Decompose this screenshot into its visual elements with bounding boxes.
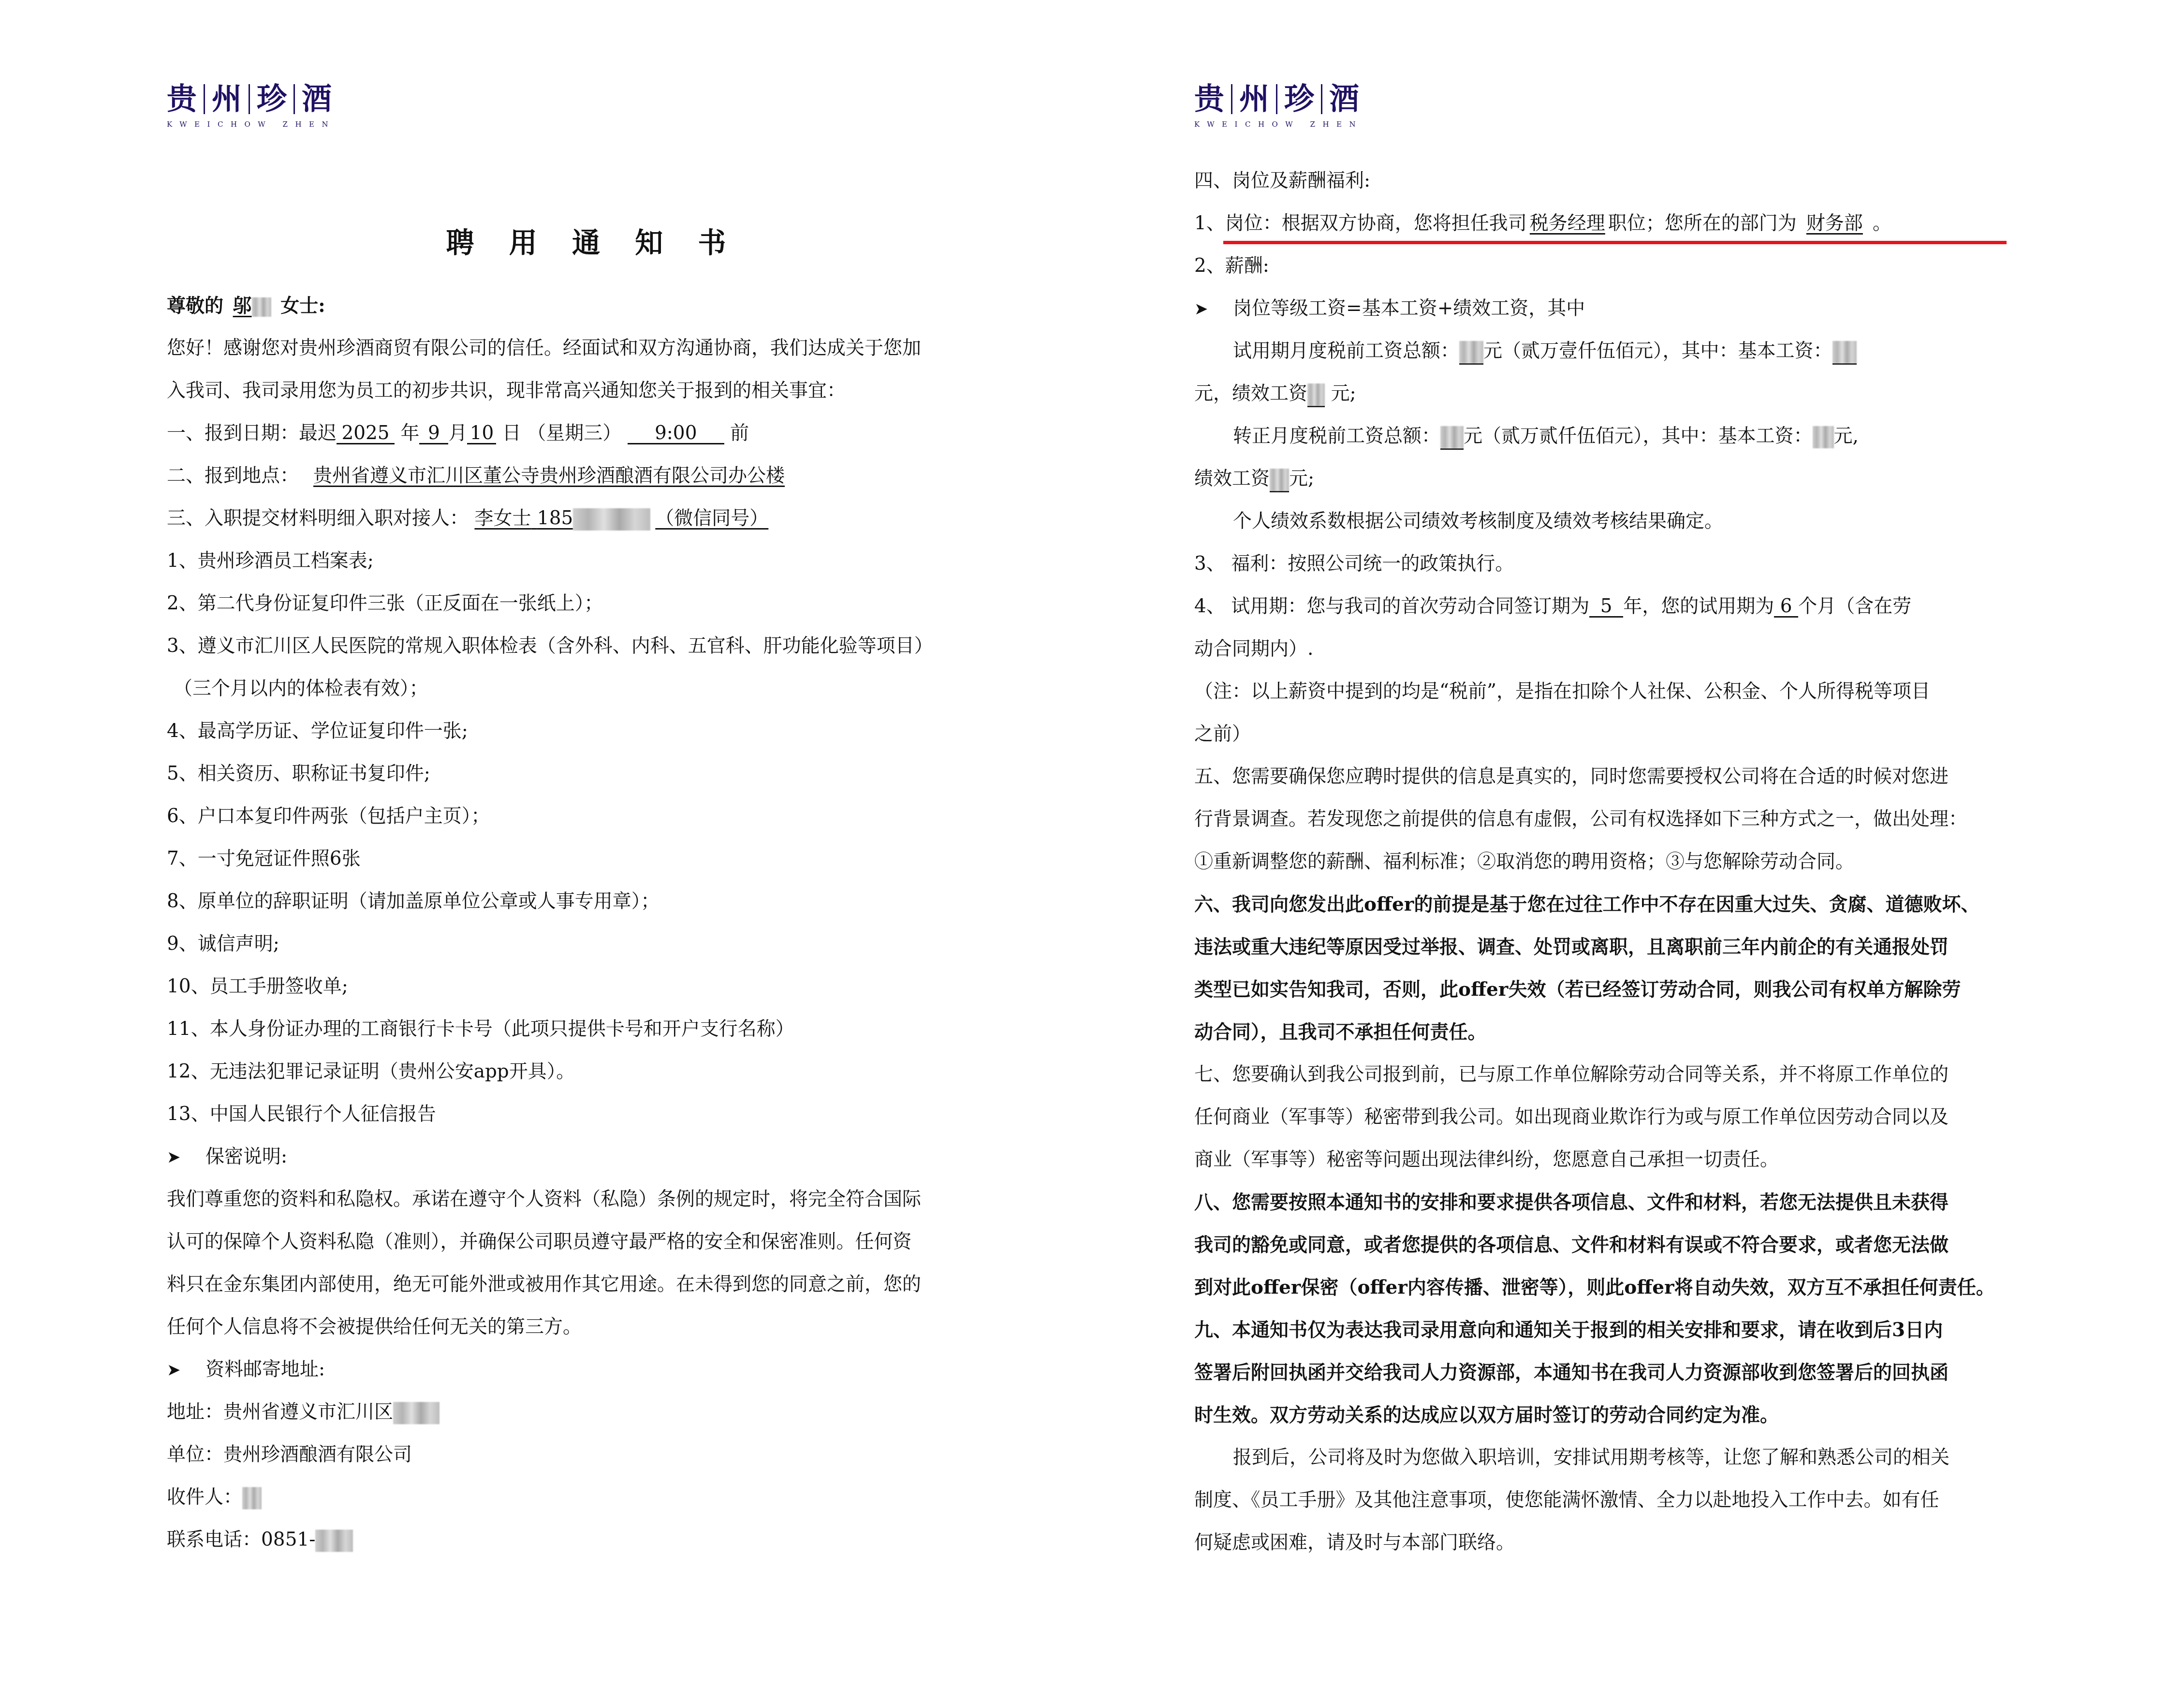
regular-salary-cont: 绩效工资元;	[1194, 457, 1995, 500]
section-8: 八、您需要按照本通知书的安排和要求提供各项信息、文件和材料，若您无法提供且未获得	[1194, 1181, 1995, 1224]
material-item: 8、原单位的辞职证明（请加盖原单位公章或人事专用章）；	[167, 880, 933, 923]
mail-address: 地址：贵州省遵义市汇川区	[167, 1391, 933, 1433]
section-5: ①重新调整您的薪酬、福利标准；②取消您的聘用资格；③与您解除劳动合同。	[1194, 841, 1995, 883]
report-month: 9	[419, 424, 448, 444]
section-6: 动合同），且我司不承担任何责任。	[1194, 1011, 1995, 1053]
closing-paragraph: 何疑虑或困难，请及时与本部门联络。	[1194, 1521, 1995, 1564]
probation-months: 6	[1774, 597, 1798, 618]
material-item: 7、一寸免冠证件照6张	[167, 838, 933, 880]
material-item: （三个月以内的体检表有效）；	[167, 667, 933, 710]
report-year: 2025	[337, 424, 395, 444]
letter-body: 四、岗位及薪酬福利: 1、岗位：根据双方协商，您将担任我司税务经理职位；您所在的…	[1194, 160, 1995, 1564]
company-logo: 贵 州 珍 酒 KWEICHOW ZHEN	[167, 82, 336, 129]
mail-recipient: 收件人：	[167, 1476, 933, 1519]
salary-heading: 2、薪酬:	[1194, 245, 1995, 287]
mail-unit: 单位：贵州珍酒酿酒有限公司	[167, 1433, 933, 1476]
regular-salary: 转正月度税前工资总额：元（贰万贰仟伍佰元），其中：基本工资：元,	[1194, 415, 1995, 457]
section-8: 到对此offer保密（offer内容传播、泄密等），则此offer将自动失效，双…	[1194, 1266, 1995, 1309]
privacy-text: 我们尊重您的资料和私隐权。承诺在遵守个人资料（私隐）条例的规定时，将完全符合国际	[167, 1178, 933, 1221]
section-6: 类型已如实告知我司，否则，此offer失效（若已经签订劳动合同，则我公司有权单方…	[1194, 968, 1995, 1011]
section-7: 七、您要确认到我公司报到前，已与原工作单位解除劳动合同等关系，并不将原工作单位的	[1194, 1053, 1995, 1096]
document-title: 聘 用 通 知 书	[167, 220, 1018, 261]
material-item: 13、中国人民银行个人征信报告	[167, 1093, 933, 1136]
salutation: 尊敬的 邬 女士:	[167, 284, 933, 327]
privacy-text: 任何个人信息将不会被提供给任何无关的第三方。	[167, 1306, 933, 1348]
privacy-text: 料只在金东集团内部使用，绝无可能外泄或被用作其它用途。在未得到您的同意之前，您的	[167, 1263, 933, 1306]
report-date: 一、报到日期：最迟2025 年9月10 日 （星期三） 9:00 前	[167, 412, 933, 455]
privacy-text: 认可的保障个人资料私隐（准则），并确保公司职员遵守最严格的安全和保密准则。任何资	[167, 1221, 933, 1263]
report-time: 9:00	[628, 424, 724, 444]
red-highlight-underline	[1223, 241, 2007, 244]
material-item: 12、无违法犯罪记录证明（贵州公安app开具）。	[167, 1050, 933, 1093]
section-5: 五、您需要确保您应聘时提供的信息是真实的，同时您需要授权公司将在合适的时候对您进	[1194, 755, 1995, 798]
section-7: 任何商业（军事等）秘密带到我公司。如出现商业欺诈行为或与原工作单位因劳动合同以及	[1194, 1096, 1995, 1138]
arrow-bullet-icon: ➤	[1194, 288, 1233, 330]
mail-heading: ➤资料邮寄地址:	[167, 1348, 933, 1391]
probation-salary: 试用期月度税前工资总额：元（贰万壹仟伍佰元），其中：基本工资：	[1194, 330, 1995, 372]
position-line: 1、岗位：根据双方协商，您将担任我司税务经理职位；您所在的部门为财务部。	[1194, 202, 1995, 245]
section-9: 时生效。双方劳动关系的达成应以双方届时签订的劳动合同约定为准。	[1194, 1394, 1995, 1436]
section-heading: 四、岗位及薪酬福利:	[1194, 160, 1995, 202]
material-item: 5、相关资历、职称证书复印件;	[167, 752, 933, 795]
section-9: 签署后附回执函并交给我司人力资源部，本通知书在我司人力资源部收到您签署后的回执函	[1194, 1351, 1995, 1394]
offer-letter-page-1: 贵 州 珍 酒 KWEICHOW ZHEN 聘 用 通 知 书 尊敬的 邬 女士…	[167, 0, 1018, 1696]
section-9: 九、本通知书仅为表达我司录用意向和通知关于报到的相关安排和要求，请在收到后3日内	[1194, 1309, 1995, 1351]
pre-tax-note: （注：以上薪资中提到的均是“税前”，是指在扣除个人社保、公积金、个人所得税等项目	[1194, 670, 1995, 713]
logo-english: KWEICHOW ZHEN	[1194, 120, 1363, 129]
material-item: 10、员工手册签收单;	[167, 965, 933, 1008]
candidate-name: 邬	[230, 295, 274, 317]
benefits: 3、 福利：按照公司统一的政策执行。	[1194, 543, 1995, 585]
job-title: 税务经理	[1527, 212, 1608, 234]
material-item: 6、户口本复印件两张（包括户主页）；	[167, 795, 933, 838]
logo-chinese: 贵 州 珍 酒	[1194, 82, 1363, 116]
section-5: 行背景调查。若发现您之前提供的信息有虚假，公司有权选择如下三种方式之一，做出处理…	[1194, 798, 1995, 841]
report-day: 10	[467, 424, 496, 444]
pre-tax-note: 之前）	[1194, 713, 1995, 755]
section-6: 违法或重大违纪等原因受过举报、调查、处罚或离职，且离职前三年内前企的有关通报处罚	[1194, 926, 1995, 968]
logo-english: KWEICHOW ZHEN	[167, 120, 336, 129]
material-item: 1、贵州珍酒员工档案表;	[167, 540, 933, 582]
closing-paragraph: 报到后，公司将及时为您做入职培训，安排试用期考核等，让您了解和熟悉公司的相关	[1194, 1436, 1995, 1479]
material-item: 2、第二代身份证复印件三张（正反面在一张纸上）；	[167, 582, 933, 625]
report-location: 二、报到地点：贵州省遵义市汇川区董公寺贵州珍酒酿酒有限公司办公楼	[167, 455, 933, 497]
letter-body: 尊敬的 邬 女士: 您好！感谢您对贵州珍酒商贸有限公司的信任。经面试和双方沟通协…	[167, 284, 933, 1561]
contract-years: 5	[1589, 597, 1623, 618]
probation-term-cont: 动合同期内）.	[1194, 628, 1995, 670]
privacy-heading: ➤保密说明:	[167, 1136, 933, 1178]
material-item: 3、遵义市汇川区人民医院的常规入职体检表（含外科、内科、五官科、肝功能化验等项目…	[167, 625, 933, 667]
arrow-bullet-icon: ➤	[167, 1349, 205, 1391]
onboarding-contact: 三、入职提交材料明细入职对接人： 李女士 185（微信同号）	[167, 497, 933, 540]
probation-salary-cont: 元，绩效工资 元;	[1194, 372, 1995, 415]
intro-line: 入我司、我司录用您为员工的初步共识，现非常高兴通知您关于报到的相关事宜：	[167, 369, 933, 412]
arrow-bullet-icon: ➤	[167, 1136, 205, 1179]
section-8: 我司的豁免或同意，或者您提供的各项信息、文件和材料有误或不符合要求，或者您无法做	[1194, 1224, 1995, 1266]
salary-formula: ➤岗位等级工资=基本工资+绩效工资，其中	[1194, 287, 1995, 330]
offer-letter-page-2: 贵 州 珍 酒 KWEICHOW ZHEN 四、岗位及薪酬福利: 1、岗位：根据…	[1194, 0, 2055, 1696]
closing-paragraph: 制度、《员工手册》及其他注意事项，使您能满怀激情、全力以赴地投入工作中去。如有任	[1194, 1479, 1995, 1521]
logo-chinese: 贵 州 珍 酒	[167, 82, 336, 116]
company-logo: 贵 州 珍 酒 KWEICHOW ZHEN	[1194, 82, 1363, 129]
department: 财务部	[1797, 212, 1873, 234]
material-item: 9、诚信声明;	[167, 923, 933, 965]
performance-note: 个人绩效系数根据公司绩效考核制度及绩效考核结果确定。	[1194, 500, 1995, 543]
intro-line: 您好！感谢您对贵州珍酒商贸有限公司的信任。经面试和双方沟通协商，我们达成关于您加	[167, 327, 933, 369]
material-item: 11、本人身份证办理的工商银行卡卡号（此项只提供卡号和开户支行名称）	[167, 1008, 933, 1050]
probation-term: 4、 试用期：您与我司的首次劳动合同签订期为5年，您的试用期为6个月（含在劳	[1194, 585, 1995, 628]
section-6: 六、我司向您发出此offer的前提是基于您在过往工作中不存在因重大过失、贪腐、道…	[1194, 883, 1995, 926]
material-item: 4、最高学历证、学位证复印件一张;	[167, 710, 933, 752]
section-7: 商业（军事等）秘密等问题出现法律纠纷，您愿意自己承担一切责任。	[1194, 1138, 1995, 1181]
mail-phone: 联系电话：0851-	[167, 1519, 933, 1561]
